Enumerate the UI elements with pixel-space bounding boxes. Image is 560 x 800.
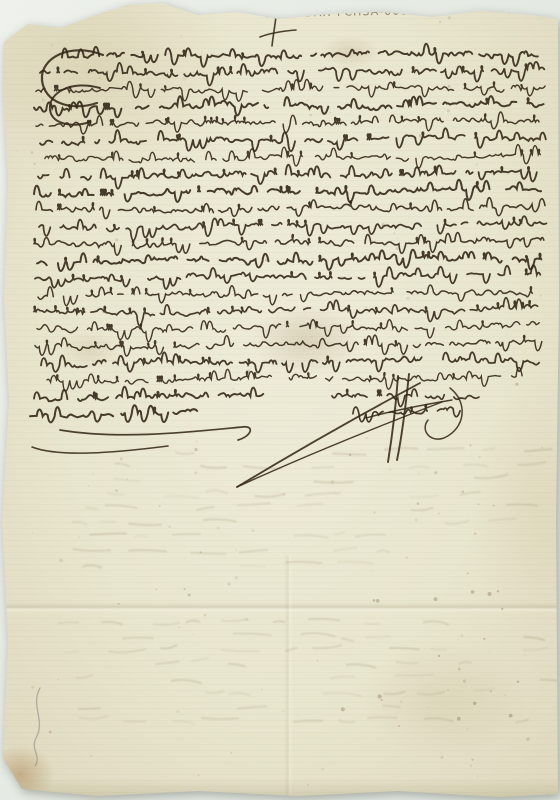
folio-number: 62: [505, 3, 519, 16]
pencil-mark: [34, 688, 40, 766]
paper-sheet: ATHA-DAH-FCHSA-008-004-58 62: [0, 0, 560, 800]
handwritten-text-block: [30, 44, 549, 423]
scanner-background: { "page": { "archival_reference": "ATHA-…: [0, 0, 560, 800]
manuscript-scan: ATHA-DAH-FCHSA-008-004-58 62: [0, 0, 560, 800]
ink-showthrough-layer: [59, 448, 560, 724]
foxing-spots-layer: [16, 16, 546, 785]
ink-artwork: [0, 0, 560, 800]
